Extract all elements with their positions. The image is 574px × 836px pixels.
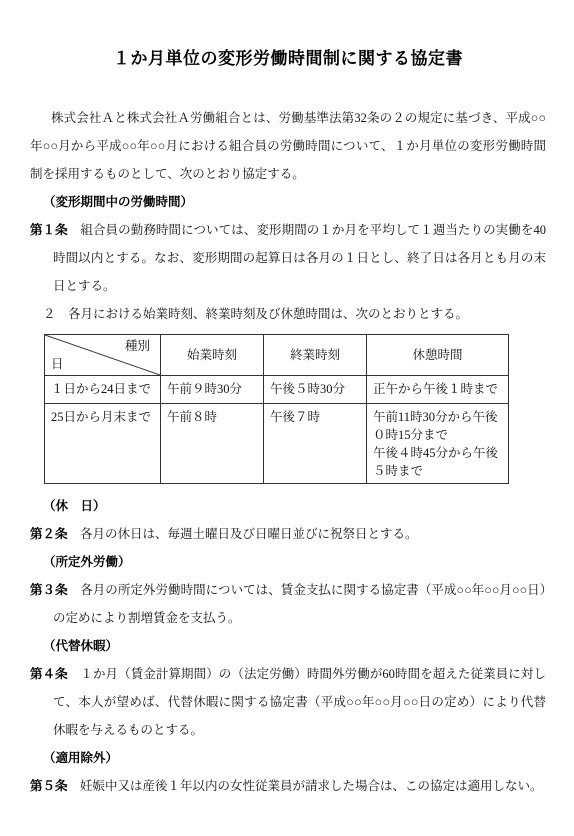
heading-substitute-leave: （代替休暇） (43, 632, 546, 660)
cell-start-time: 午前８時 (161, 404, 264, 484)
header-start-time: 始業時刻 (161, 335, 264, 376)
article-5-label: 第５条 (30, 779, 68, 793)
cell-day-range: 25日から月末まで (45, 404, 161, 484)
corner-label-day: 日 (51, 356, 64, 372)
article-5: 第５条 妊娠中又は産後１年以内の女性従業員が請求した場合は、この協定は適用しない… (30, 772, 546, 800)
heading-holidays: （休 日） (43, 492, 546, 520)
cell-break-time: 午前11時30分から午後０時15分まで 午後４時45分から午後５時まで (367, 404, 509, 484)
article-4: 第４条 １か月（賃金計算期間）の（法定労働）時間外労働が60時間を超えた従業員に… (30, 660, 546, 744)
table-row: 25日から月末まで 午前８時 午後７時 午前11時30分から午後０時15分まで … (45, 404, 509, 484)
table-header-row: 種別 日 始業時刻 終業時刻 休憩時間 (45, 335, 509, 376)
document-page: １か月単位の変形労働時間制に関する協定書 株式会社Ａと株式会社Ａ労働組合とは、労… (0, 0, 574, 836)
article-1: 第１条 組合員の勤務時間については、変形期間の１か月を平均して１週当たりの実働を… (30, 216, 546, 300)
intro-paragraph: 株式会社Ａと株式会社Ａ労働組合とは、労働基準法第32条の２の規定に基づき、平成○… (30, 104, 546, 188)
article-5-text: 妊娠中又は産後１年以内の女性従業員が請求した場合は、この協定は適用しない。 (68, 779, 543, 793)
paragraph-2: ２ 各月における始業時刻、終業時刻及び休憩時間は、次のとおりとする。 (43, 300, 546, 328)
article-2: 第２条 各月の休日は、毎週土曜日及び日曜日並びに祝祭日とする。 (30, 520, 546, 548)
heading-exclusions: （適用除外） (43, 744, 546, 772)
cell-end-time: 午後５時30分 (264, 376, 367, 404)
cell-end-time: 午後７時 (264, 404, 367, 484)
heading-overtime: （所定外労働） (43, 548, 546, 576)
cell-start-time: 午前９時30分 (161, 376, 264, 404)
article-3-text: 各月の所定外労働時間については、賃金支払に関する協定書（平成○○年○○月○○日）… (53, 583, 546, 625)
cell-day-range: １日から24日まで (45, 376, 161, 404)
article-3: 第３条 各月の所定外労働時間については、賃金支払に関する協定書（平成○○年○○月… (30, 576, 546, 632)
article-4-text: １か月（賃金計算期間）の（法定労働）時間外労働が60時間を超えた従業員に対して、… (53, 667, 546, 737)
header-end-time: 終業時刻 (264, 335, 367, 376)
work-schedule-table: 種別 日 始業時刻 終業時刻 休憩時間 １日から24日まで 午前９時30分 午後… (44, 334, 509, 484)
corner-header-cell: 種別 日 (45, 335, 161, 376)
document-title: １か月単位の変形労働時間制に関する協定書 (30, 48, 546, 70)
corner-label-kind: 種別 (125, 338, 150, 354)
article-3-label: 第３条 (30, 583, 68, 597)
heading-working-hours: （変形期間中の労働時間） (43, 188, 546, 216)
header-break-time: 休憩時間 (367, 335, 509, 376)
article-4-label: 第４条 (30, 667, 68, 681)
article-2-label: 第２条 (30, 527, 68, 541)
article-2-text: 各月の休日は、毎週土曜日及び日曜日並びに祝祭日とする。 (68, 527, 418, 541)
article-1-label: 第１条 (30, 223, 68, 237)
cell-break-time: 正午から午後１時まで (367, 376, 509, 404)
article-1-text: 組合員の勤務時間については、変形期間の１か月を平均して１週当たりの実働を40時間… (53, 223, 546, 293)
table-row: １日から24日まで 午前９時30分 午後５時30分 正午から午後１時まで (45, 376, 509, 404)
